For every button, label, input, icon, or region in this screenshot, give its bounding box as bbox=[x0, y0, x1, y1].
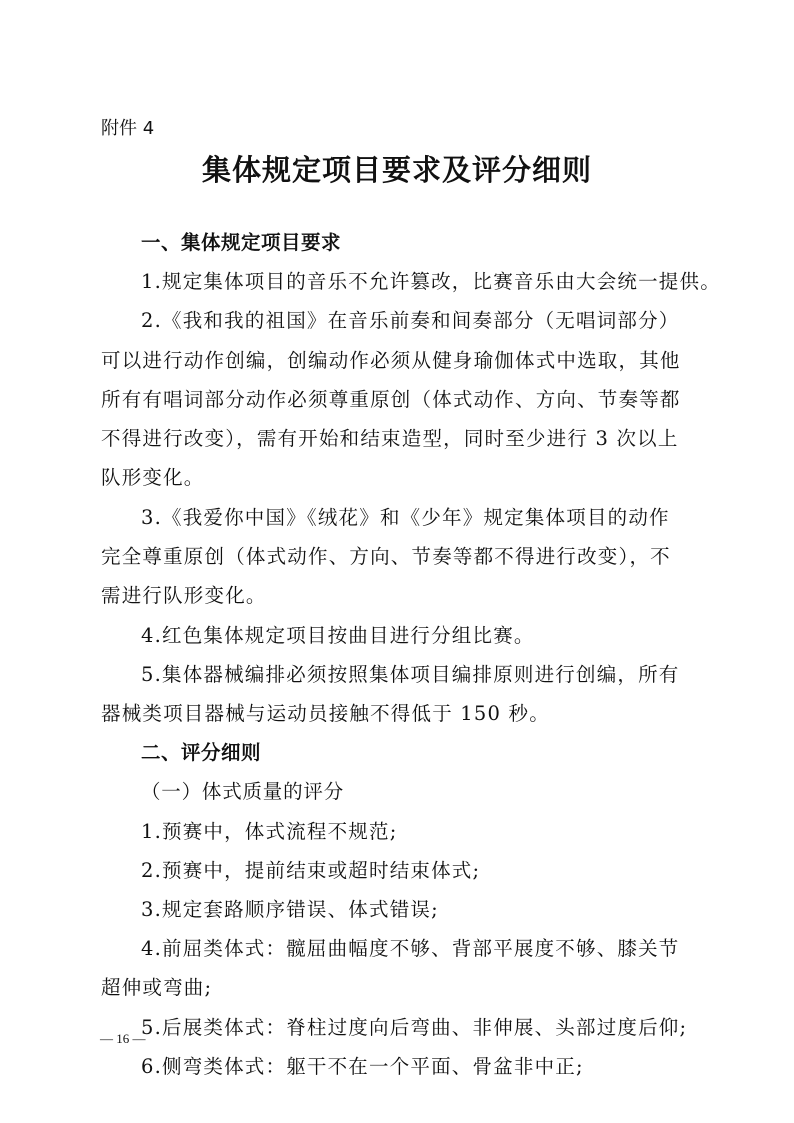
paragraph-line: 6.侧弯类体式：躯干不在一个平面、骨盆非中正; bbox=[141, 1054, 741, 1080]
paragraph-line: 2.预赛中，提前结束或超时结束体式; bbox=[141, 858, 741, 884]
paragraph-line: 完全尊重原创（体式动作、方向、节奏等都不得进行改变），不 bbox=[101, 544, 701, 570]
paragraph-line: 器械类项目器械与运动员接触不得低于 150 秒。 bbox=[101, 701, 701, 727]
paragraph-line: 3.《我爱你中国》《绒花》和《少年》规定集体项目的动作 bbox=[141, 505, 741, 531]
section-heading: 一、集体规定项目要求 bbox=[141, 230, 741, 256]
section-heading: 二、评分细则 bbox=[141, 740, 741, 766]
paragraph-line: 4.前屈类体式：髋屈曲幅度不够、背部平展度不够、膝关节 bbox=[141, 936, 741, 962]
paragraph-line: 队形变化。 bbox=[101, 465, 701, 491]
paragraph-line: 5.后展类体式：脊柱过度向后弯曲、非伸展、头部过度后仰; bbox=[141, 1015, 741, 1041]
paragraph-line: 4.红色集体规定项目按曲目进行分组比赛。 bbox=[141, 623, 741, 649]
paragraph-line: 1.规定集体项目的音乐不允许篡改，比赛音乐由大会统一提供。 bbox=[141, 269, 741, 295]
paragraph-line: 5.集体器械编排必须按照集体项目编排原则进行创编，所有 bbox=[141, 662, 741, 688]
document-page: 附件 4 集体规定项目要求及评分细则 一、集体规定项目要求1.规定集体项目的音乐… bbox=[0, 0, 794, 1123]
paragraph-line: 1.预赛中，体式流程不规范; bbox=[141, 819, 741, 845]
attachment-label: 附件 4 bbox=[101, 117, 154, 141]
paragraph-line: 可以进行动作创编，创编动作必须从健身瑜伽体式中选取，其他 bbox=[101, 348, 701, 374]
paragraph-line: 不得进行改变），需有开始和结束造型，同时至少进行 3 次以上 bbox=[101, 426, 701, 452]
subsection-heading: （一）体式质量的评分 bbox=[141, 779, 741, 805]
paragraph-line: 3.规定套路顺序错误、体式错误; bbox=[141, 897, 741, 923]
paragraph-line: 需进行队形变化。 bbox=[101, 583, 701, 609]
paragraph-line: 所有有唱词部分动作必须尊重原创（体式动作、方向、节奏等都 bbox=[101, 387, 701, 413]
document-title: 集体规定项目要求及评分细则 bbox=[0, 150, 794, 190]
paragraph-line: 2.《我和我的祖国》在音乐前奏和间奏部分（无唱词部分） bbox=[141, 308, 741, 334]
page-number: — 16 — bbox=[100, 1031, 146, 1047]
paragraph-line: 超伸或弯曲; bbox=[101, 975, 701, 1001]
